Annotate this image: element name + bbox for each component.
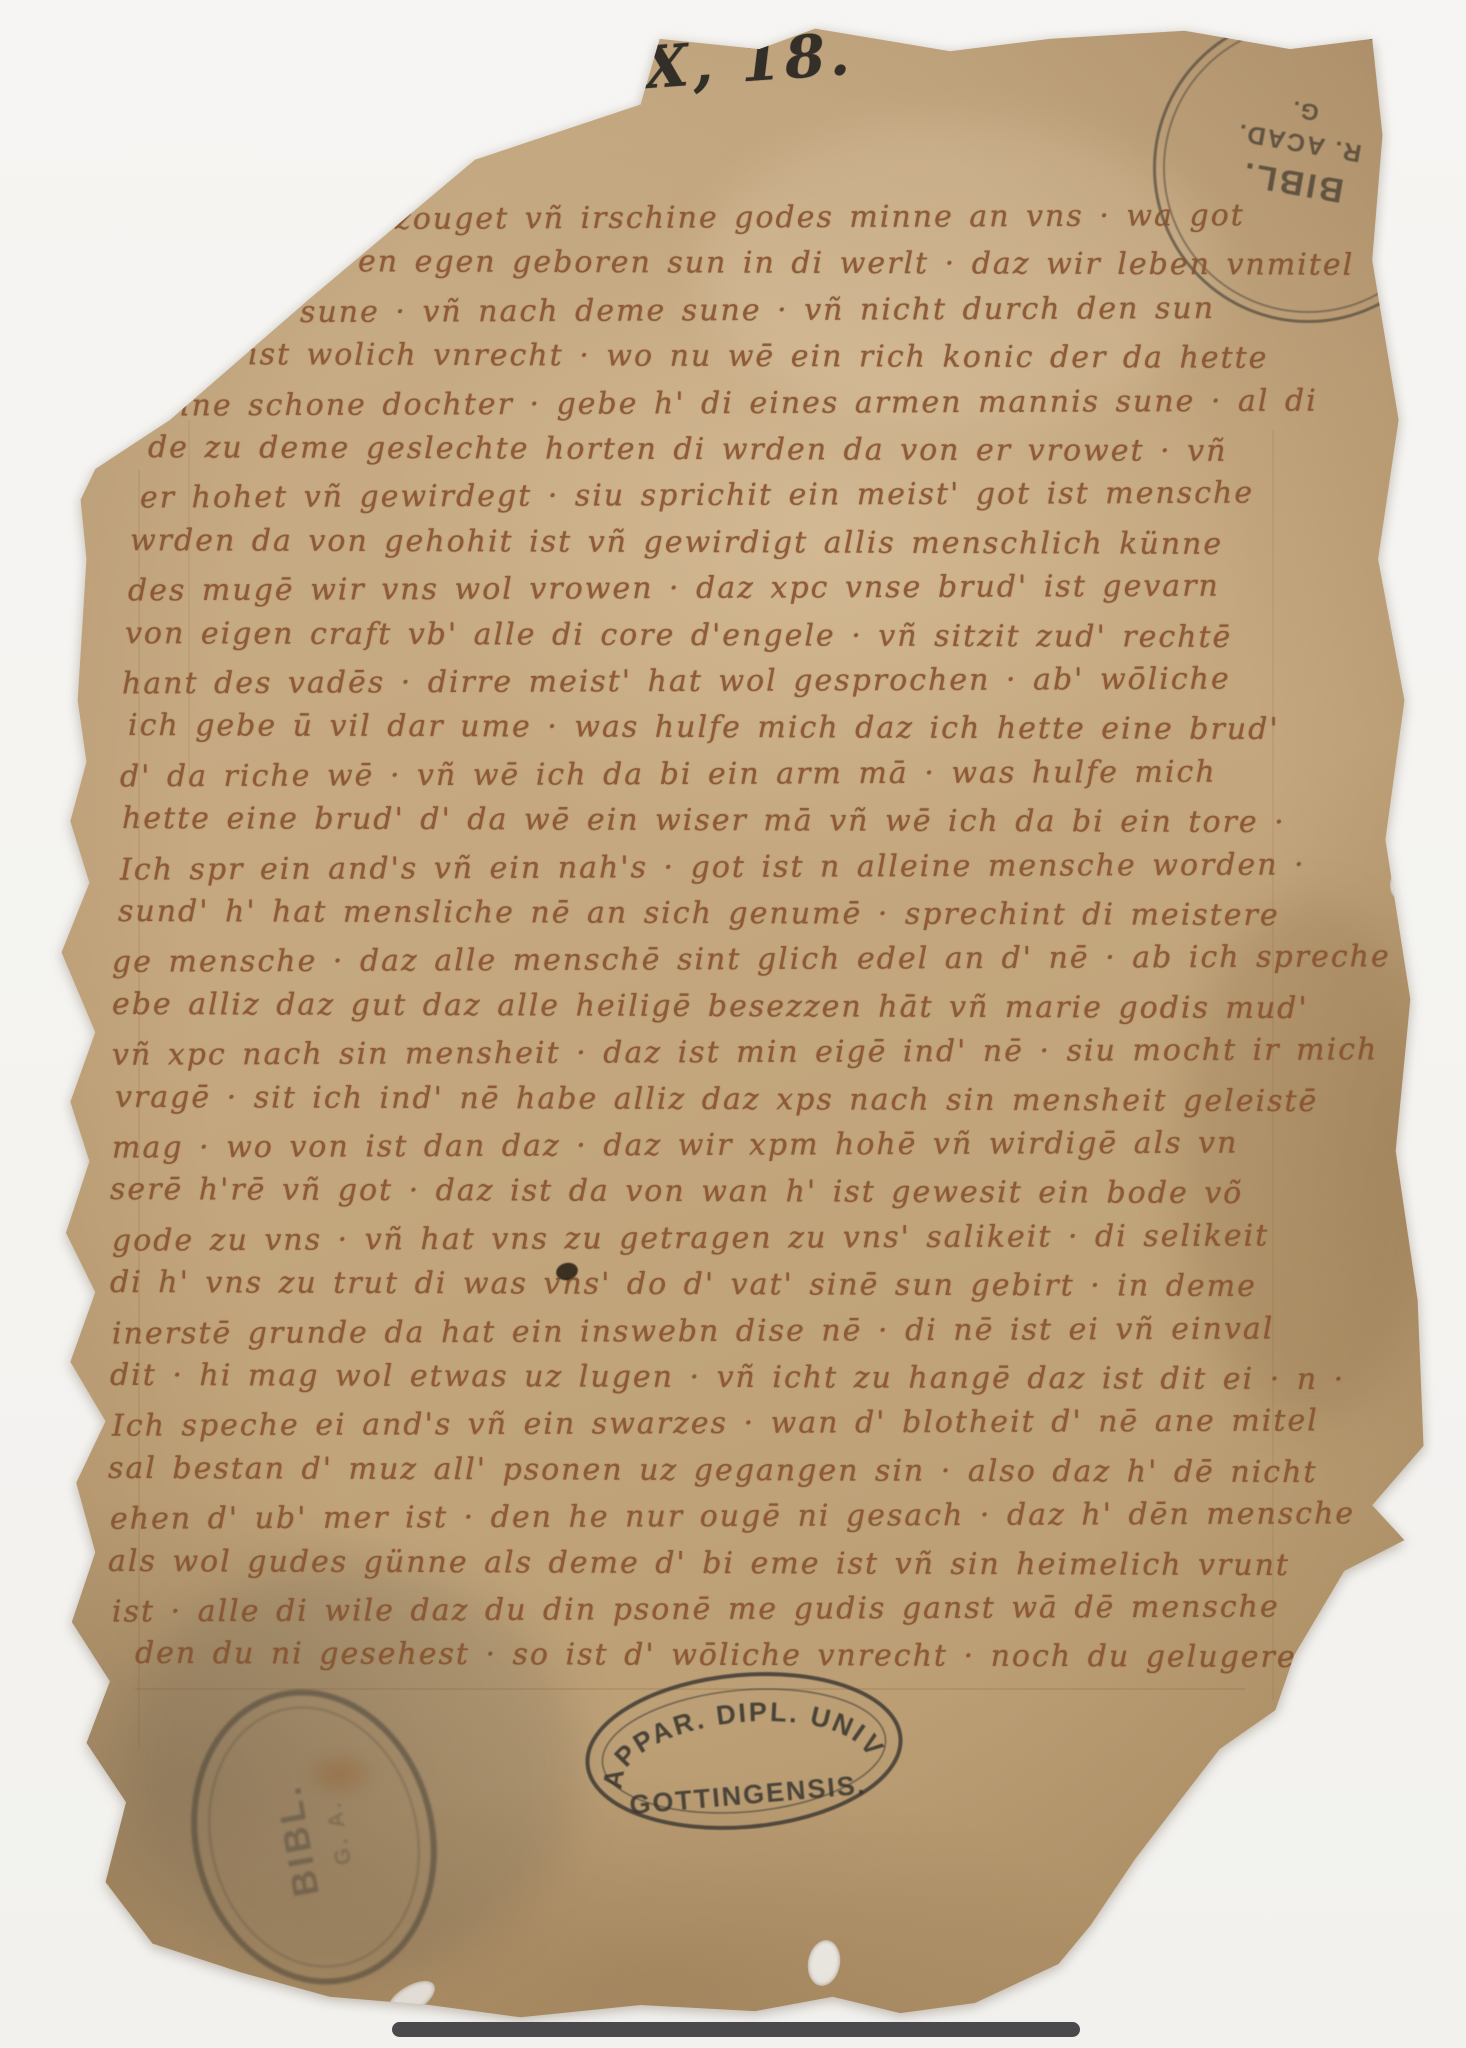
parchment-sheet: IX, 18. BIBL. R. ACAD. G. zouget vñ irsc… bbox=[0, 0, 1466, 2048]
manuscript-line: hant des vadēs · dirre meist' hat wol ge… bbox=[122, 660, 1231, 705]
manuscript-line: inerstē grunde da hat ein inswebn dise n… bbox=[112, 1309, 1275, 1354]
manuscript-line: ine schone dochter · gebe h' di eines ar… bbox=[180, 381, 1318, 426]
manuscript-line: de zu deme geslechte horten di wrden da … bbox=[148, 428, 1228, 472]
manuscript-line: als wol gudes günne als deme d' bi eme i… bbox=[108, 1542, 1290, 1586]
manuscript-line: vñ xpc nach sin mensheit · daz ist min e… bbox=[112, 1030, 1378, 1076]
manuscript-line: ehen d' ub' mer ist · den he nur ougē ni… bbox=[110, 1494, 1355, 1539]
parchment-hole bbox=[1390, 872, 1404, 898]
library-stamp-goettingen: APPAR. DIPL. UNIV. GOTTINGENSIS. bbox=[561, 1645, 928, 1857]
manuscript-line: ist · alle di wile daz du din psonē me g… bbox=[112, 1587, 1280, 1632]
manuscript-line: wrden da von gehohit ist vñ gewirdigt al… bbox=[130, 521, 1223, 565]
manuscript-line: er hohet vñ gewirdegt · siu sprichit ein… bbox=[140, 474, 1254, 519]
manuscript-line: zouget vñ irschine godes minne an vns · … bbox=[395, 196, 1245, 240]
manuscript-line: ist wolich vnrecht · wo nu wē ein rich k… bbox=[248, 335, 1269, 379]
manuscript-line: sund' h' hat mensliche nē an sich genumē… bbox=[118, 892, 1280, 936]
manuscript-line: ebe alliz daz gut daz alle heiligē besez… bbox=[112, 985, 1309, 1029]
manuscript-line: d' da riche wē · vñ wē ich da bi ein arm… bbox=[120, 752, 1217, 797]
manuscript-line: des mugē wir vns wol vrowen · daz xpc vn… bbox=[128, 567, 1220, 612]
manuscript-line: hette eine brud' d' da wē ein wiser mā v… bbox=[122, 799, 1286, 843]
manuscript-line: di h' vns zu trut di was vns' do d' vat'… bbox=[110, 1263, 1257, 1307]
manuscript-line: vragē · sit ich ind' nē habe alliz daz x… bbox=[115, 1077, 1318, 1121]
manuscript-line: sal bestan d' muz all' psonen uz gegange… bbox=[108, 1449, 1318, 1493]
manuscript-line: en egen geboren sun in di werlt · daz wi… bbox=[358, 243, 1354, 286]
page-background: IX, 18. BIBL. R. ACAD. G. zouget vñ irsc… bbox=[0, 0, 1466, 2048]
manuscript-line: mag · wo von ist dan daz · daz wir xpm h… bbox=[112, 1124, 1239, 1169]
manuscript-line: ge mensche · daz alle menschē sint glich… bbox=[112, 938, 1391, 984]
manuscript-line: sune · vñ nach deme sune · vñ nicht durc… bbox=[300, 289, 1215, 333]
manuscript-line: Ich speche ei and's vñ ein swarzes · wan… bbox=[112, 1402, 1319, 1447]
manuscript-page: IX, 18. BIBL. R. ACAD. G. zouget vñ irsc… bbox=[0, 0, 1466, 2048]
manuscript-line: gode zu vns · vñ hat vns zu getragen zu … bbox=[112, 1216, 1269, 1261]
manuscript-line: Ich spr ein and's vñ ein nah's · got ist… bbox=[120, 845, 1306, 890]
horizontal-scrollbar-thumb[interactable] bbox=[392, 2022, 1080, 2037]
manuscript-line: ich gebe ū vil dar ume · was hulfe mich … bbox=[128, 706, 1280, 750]
manuscript-line: serē h'rē vñ got · daz ist da von wan h'… bbox=[110, 1170, 1243, 1214]
stamp-smudge bbox=[300, 1748, 380, 1800]
manuscript-line: dit · hi mag wol etwas uz lugen · vñ ich… bbox=[110, 1356, 1345, 1400]
manuscript-line: von eigen craft vb' alle di core d'engel… bbox=[125, 614, 1232, 658]
